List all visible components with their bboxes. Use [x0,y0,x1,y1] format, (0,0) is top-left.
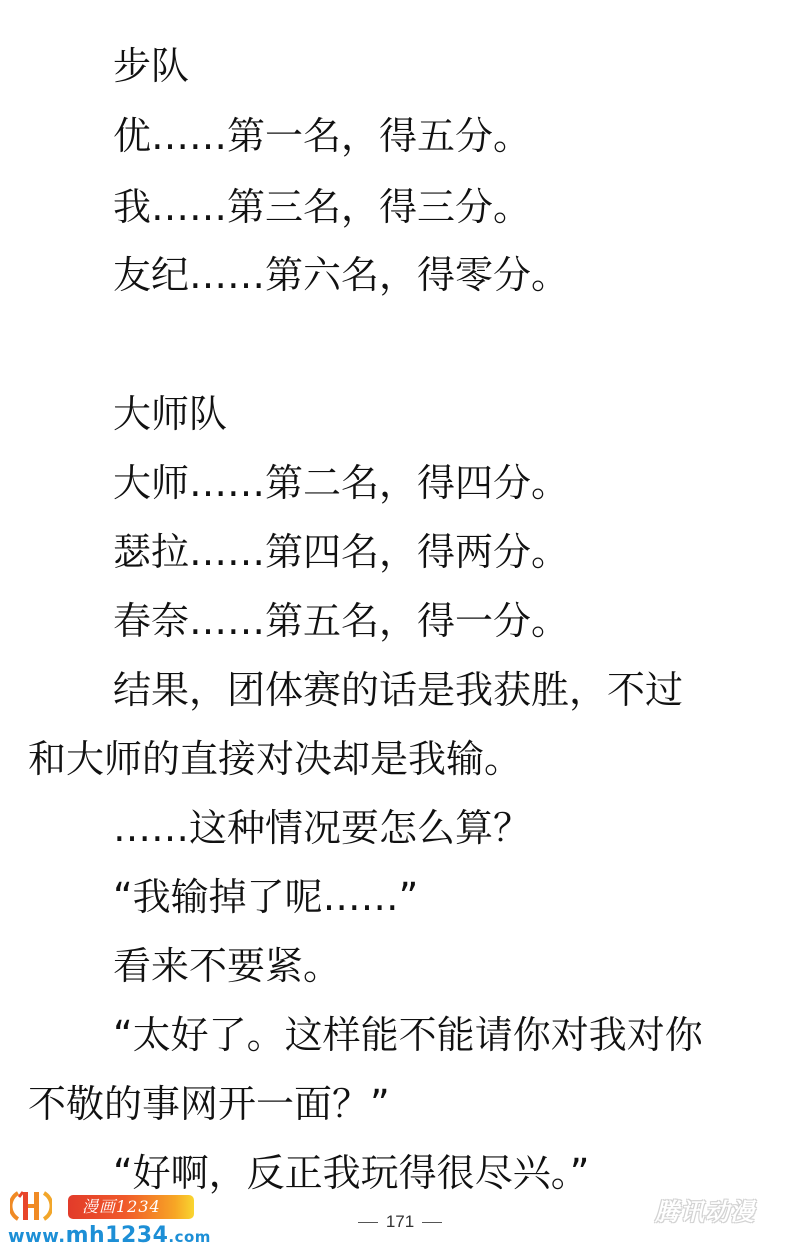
logo-url-prefix: www. [8,1226,66,1245]
mh-logo-icon [10,1189,52,1223]
text-line-team-heading-1: 步队 [113,43,189,89]
watermark: 腾讯动漫 [655,1192,775,1222]
text-line-paragraph-3: 看来不要紧。 [113,943,341,989]
site-logo[interactable]: 漫画1234 www.mh1234.com [4,1187,204,1243]
text-line-dialogue-2a: “太好了。这样能不能请你对我对你 [113,1012,703,1058]
text-line-dialogue-2b: 不敬的事网开一面？” [28,1081,390,1127]
logo-url: www.mh1234.com [8,1223,211,1245]
logo-url-main: mh1234 [66,1223,169,1245]
dash-right [422,1222,442,1223]
text-line-result-6: 春奈……第五名，得一分。 [113,598,569,644]
text-line-dialogue-1: “我输掉了呢……” [113,874,418,920]
text-line-result-4: 大师……第二名，得四分。 [113,460,569,506]
text-line-paragraph-1a: 结果，团体赛的话是我获胜，不过 [113,667,683,713]
text-line-result-3: 友纪……第六名，得零分。 [113,252,569,298]
text-line-paragraph-2: ……这种情况要怎么算？ [113,805,531,851]
text-line-result-2: 我……第三名，得三分。 [113,184,531,230]
logo-url-suffix: .com [168,1228,211,1245]
dash-left [358,1222,378,1223]
text-line-paragraph-1b: 和大师的直接对决却是我输。 [28,736,522,782]
logo-badge: 漫画1234 [68,1195,194,1219]
text-line-team-heading-2: 大师队 [113,391,227,437]
text-line-result-1: 优……第一名，得五分。 [113,113,531,159]
text-line-result-5: 瑟拉……第四名，得两分。 [113,529,569,575]
page-number-text: 171 [386,1212,414,1231]
novel-page: 步队 优……第一名，得五分。 我……第三名，得三分。 友纪……第六名，得零分。 … [0,0,800,1245]
